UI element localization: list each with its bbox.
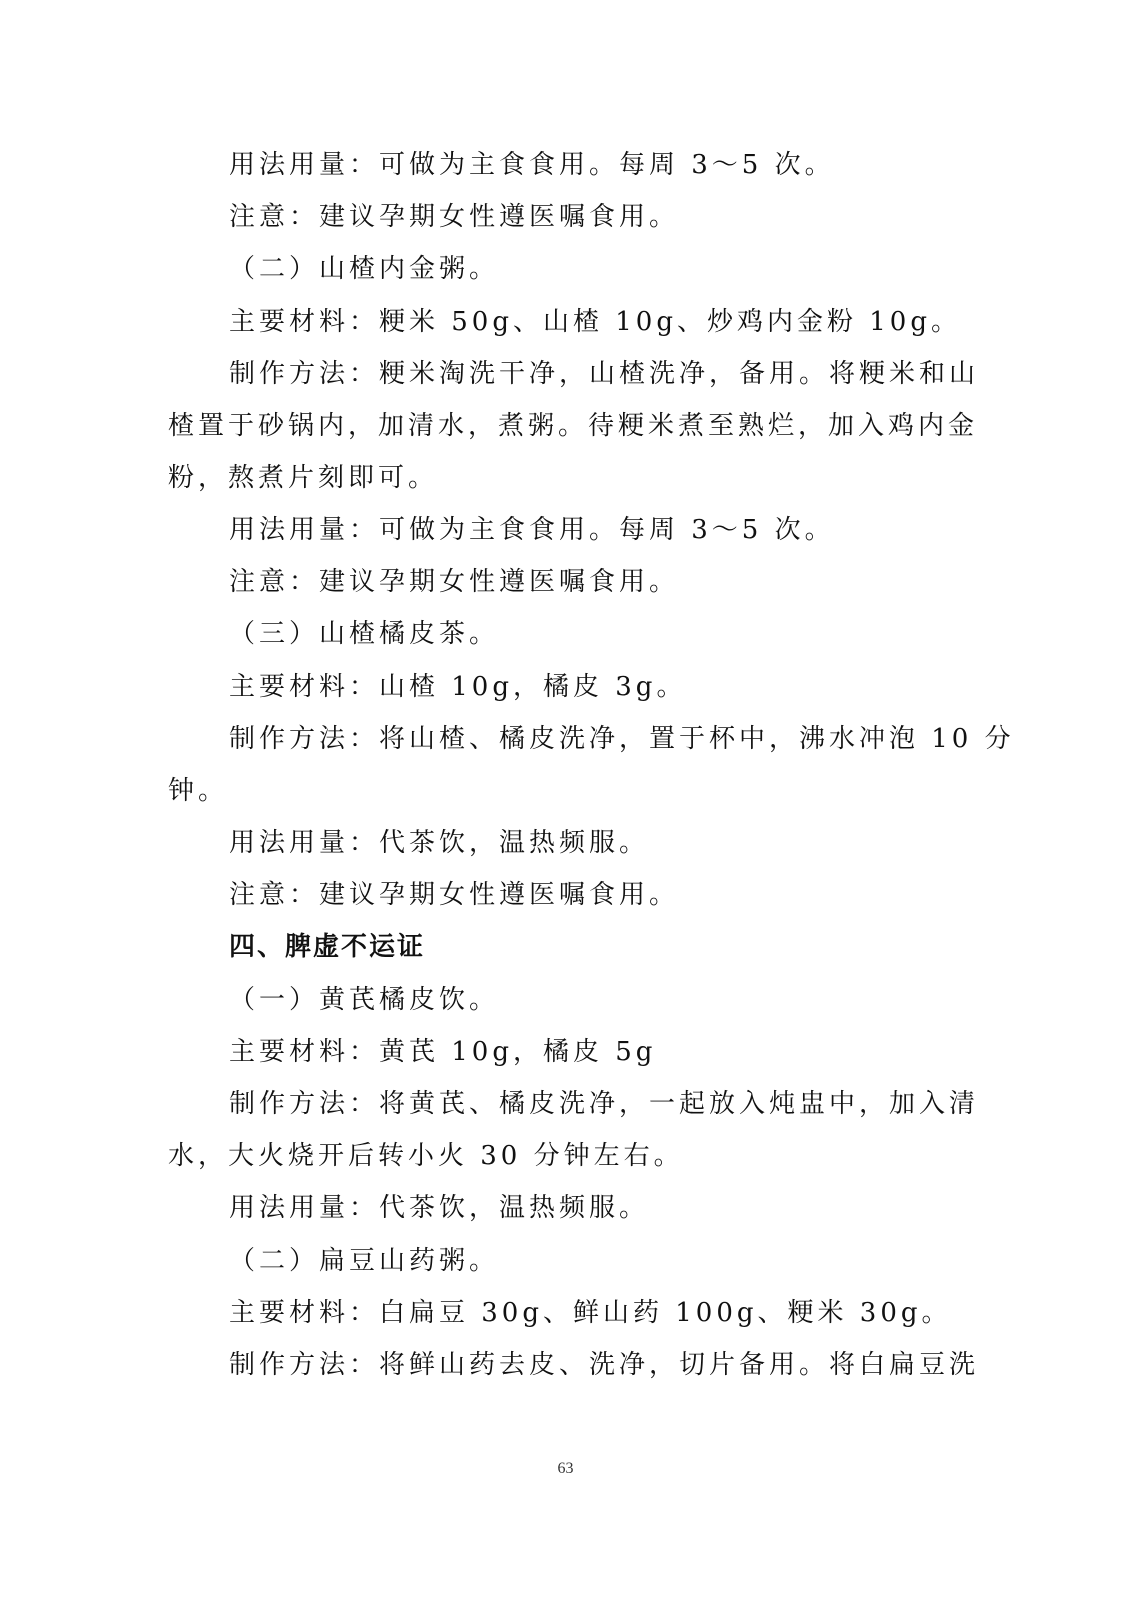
section-heading: 四、脾虚不运证 xyxy=(229,930,425,964)
method-line-continued: 粉，熬煮片刻即可。 xyxy=(168,461,438,495)
method-line-continued: 楂置于砂锅内，加清水，煮粥。待粳米煮至熟烂，加入鸡内金 xyxy=(168,409,978,443)
ingredients-line: 主要材料：粳米 50g、山楂 10g、炒鸡内金粉 10g。 xyxy=(229,305,961,339)
page-number: 63 xyxy=(0,1460,1131,1478)
ingredients-line: 主要材料：白扁豆 30g、鲜山药 100g、粳米 30g。 xyxy=(229,1296,952,1330)
ingredients-line: 主要材料：山楂 10g，橘皮 3g。 xyxy=(229,670,686,704)
caution-line: 注意：建议孕期女性遵医嘱食用。 xyxy=(229,878,679,912)
recipe-title: （二）扁豆山药粥。 xyxy=(229,1244,499,1278)
method-line: 制作方法：将山楂、橘皮洗净，置于杯中，沸水冲泡 10 分 xyxy=(229,722,1015,756)
usage-dosage-line: 用法用量：代茶饮，温热频服。 xyxy=(229,1191,649,1225)
method-line-continued: 钟。 xyxy=(168,774,228,808)
ingredients-line: 主要材料：黄芪 10g，橘皮 5g xyxy=(229,1035,656,1069)
usage-dosage-line: 用法用量：代茶饮，温热频服。 xyxy=(229,826,649,860)
caution-line: 注意：建议孕期女性遵医嘱食用。 xyxy=(229,200,679,234)
method-line: 制作方法：粳米淘洗干净，山楂洗净，备用。将粳米和山 xyxy=(229,357,979,391)
recipe-title: （三）山楂橘皮茶。 xyxy=(229,617,499,651)
method-line: 制作方法：将鲜山药去皮、洗净，切片备用。将白扁豆洗 xyxy=(229,1348,979,1382)
method-line-continued: 水，大火烧开后转小火 30 分钟左右。 xyxy=(168,1139,684,1173)
document-page: 用法用量：可做为主食食用。每周 3～5 次。 注意：建议孕期女性遵医嘱食用。 （… xyxy=(0,0,1131,1600)
recipe-title: （一）黄芪橘皮饮。 xyxy=(229,983,499,1017)
caution-line: 注意：建议孕期女性遵医嘱食用。 xyxy=(229,565,679,599)
method-line: 制作方法：将黄芪、橘皮洗净，一起放入炖盅中，加入清 xyxy=(229,1087,979,1121)
usage-dosage-line: 用法用量：可做为主食食用。每周 3～5 次。 xyxy=(229,513,835,547)
recipe-title: （二）山楂内金粥。 xyxy=(229,252,499,286)
usage-dosage-line: 用法用量：可做为主食食用。每周 3～5 次。 xyxy=(229,148,835,182)
